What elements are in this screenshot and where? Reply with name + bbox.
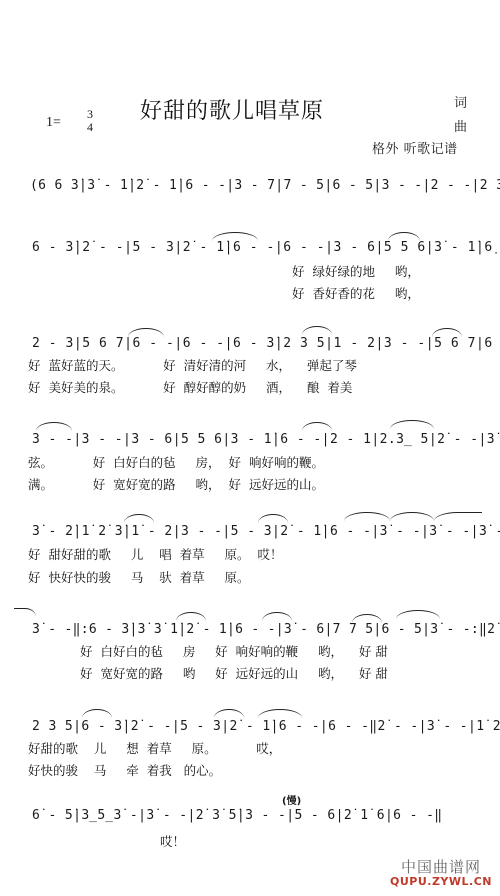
slur-mark xyxy=(390,420,434,429)
slur-mark xyxy=(344,512,390,521)
slur-mark xyxy=(434,512,482,521)
lyric-verse-1: 好甜的歌 儿 想 着草 原。 哎， xyxy=(28,741,281,757)
lyricist-label: 词 xyxy=(454,92,467,111)
time-signature: 3 4 xyxy=(84,108,96,134)
lyric-verse-2: 好 美好美的泉。 好 醇好醇的奶 酒， 酿 着美 xyxy=(28,380,352,396)
notation-line: 6̇ - 5̇|3̲5̲3̇ -|3̇ - -|2̇ 3̇ 5̇|3 - -|5… xyxy=(32,806,443,826)
key-signature: 1= xyxy=(46,115,61,131)
watermark-chinese: 中国曲谱网 xyxy=(390,856,492,877)
notation-line: 6 - 3̇|2̇ - -|5 - 3|2̇ - 1̇|6 - -|6 - -|… xyxy=(32,238,500,258)
lyric-verse-2: 好快的骏 马 牵 着我 的心。 xyxy=(28,763,221,779)
tempo-marking: (慢) xyxy=(282,792,301,807)
notation-line: 3̇ - -‖:6 - 3̇|3̇ 3̇ 1̇|2̇ - 1̇|6 - -|3̇… xyxy=(32,620,500,640)
site-watermark: 中国曲谱网 QUPU.ZYWL.CN xyxy=(390,856,492,888)
notation-line: (6 6 3̇|3̇ - 1̇|2̇ - 1̇|6 - -|3 - 7|7 - … xyxy=(30,176,500,196)
lyric-verse-1: 好 白好白的毡 房 好 响好响的鞭 哟， 好 甜 xyxy=(80,644,388,660)
lyric-verse-1: 好 蓝好蓝的天。 好 清好清的河 水， 弹起了琴 xyxy=(28,358,357,374)
time-signature-denominator: 4 xyxy=(84,121,96,134)
lyric-verse-2: 好 香好香的花 哟， xyxy=(292,286,420,302)
lyric-verse-2: 好 宽好宽的路 哟 好 远好远的山 哟， 好 甜 xyxy=(80,666,388,682)
lyric-verse-1: 好 绿好绿的地 哟， xyxy=(292,264,420,280)
slur-mark xyxy=(396,610,440,619)
sheet-music-page: 1= 3 4 好甜的歌儿唱草原 词 曲 格外 听歌记谱 (6 6 3̇|3̇ -… xyxy=(0,0,500,896)
notation-line: 2 3 5|6 - 3̇|2̇ - -|5 - 3|2̇ - 1̇|6 - -|… xyxy=(32,717,500,737)
slur-mark xyxy=(14,608,36,617)
lyric-line: 哎！ xyxy=(160,834,185,850)
lyric-verse-2: 满。 好 宽好宽的路 哟， 好 远好远的山。 xyxy=(28,477,324,493)
notation-line: 3 - -|3 - -|3 - 6|5 5 6|3 - 1̇|6 - -|2 -… xyxy=(32,430,500,450)
song-title: 好甜的歌儿唱草原 xyxy=(140,94,324,125)
slur-mark xyxy=(390,512,434,521)
lyric-verse-1: 弦。 好 白好白的毡 房， 好 响好响的鞭。 xyxy=(28,455,324,471)
lyric-verse-2: 好 快好快的骏 马 驮 着草 原。 xyxy=(28,570,250,586)
notation-line: 2 - 3|5 6 7|6 - -|6 - -|6 - 3̇|2 3 5|1 -… xyxy=(32,334,500,354)
watermark-url: QUPU.ZYWL.CN xyxy=(390,875,492,888)
lyric-verse-1: 好 甜好甜的歌 儿 唱 着草 原。 哎！ xyxy=(28,547,282,563)
notation-line: 3̇ - 2̇|1̇ 2̇ 3̇|1̇ - 2|3 - -|5 - 3|2̇ -… xyxy=(32,522,500,542)
transcriber-credit: 格外 听歌记谱 xyxy=(372,138,458,157)
composer-label: 曲 xyxy=(454,116,467,135)
